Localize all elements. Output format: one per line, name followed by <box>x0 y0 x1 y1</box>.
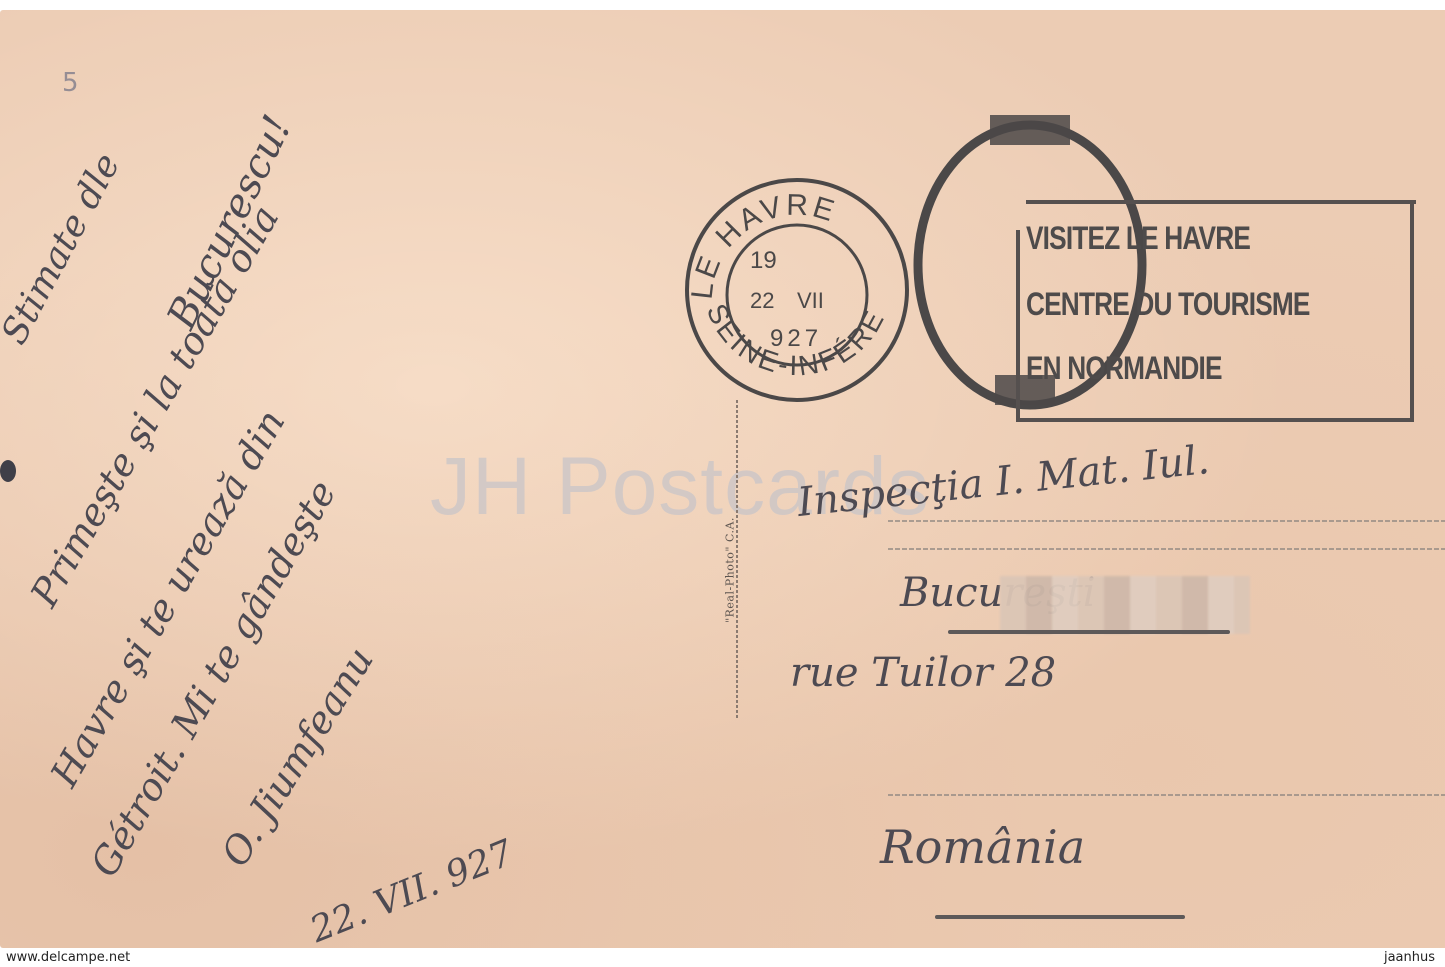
address-line-3: rue Tuilor 28 <box>790 650 1056 696</box>
message-line-1: Stimate dle <box>0 147 128 351</box>
seller-credit: jaanhus <box>1384 950 1435 965</box>
svg-text:22: 22 <box>750 288 774 313</box>
address-line-4: România <box>880 820 1085 874</box>
address-rule-3 <box>888 794 1445 796</box>
publisher-imprint: "Real-Photo" C.A. <box>724 517 737 623</box>
slogan-line-3: EN NORMANDIE <box>1026 350 1222 387</box>
svg-text:19: 19 <box>750 247 777 274</box>
postcard-back: 5 Stimate dle Bucurescu! Primeşte şi la … <box>0 10 1445 948</box>
ink-blot <box>0 460 16 482</box>
slogan-cancel: VISITEZ LE HAVRE CENTRE DU TOURISME EN N… <box>1016 200 1416 422</box>
date-written: 22. VII. 927 <box>305 833 519 951</box>
slogan-line-2: CENTRE DU TOURISME <box>1026 286 1310 323</box>
svg-text:927: 927 <box>770 325 822 352</box>
address-rule-1 <box>888 520 1445 522</box>
postmark-le-havre: LE HAVRE SEINE-INFÉRE 19 22 VII 927 <box>672 160 922 410</box>
pencil-mark: 5 <box>62 68 79 98</box>
address-rule-2 <box>888 548 1445 550</box>
redacted-area <box>1000 576 1250 634</box>
svg-text:VII: VII <box>797 288 824 313</box>
slogan-line-1: VISITEZ LE HAVRE <box>1026 220 1250 257</box>
underline-2 <box>935 915 1185 919</box>
underline-1 <box>948 630 1230 634</box>
svg-text:LE HAVRE: LE HAVRE <box>686 189 841 301</box>
source-credit: www.delcampe.net <box>6 950 130 965</box>
